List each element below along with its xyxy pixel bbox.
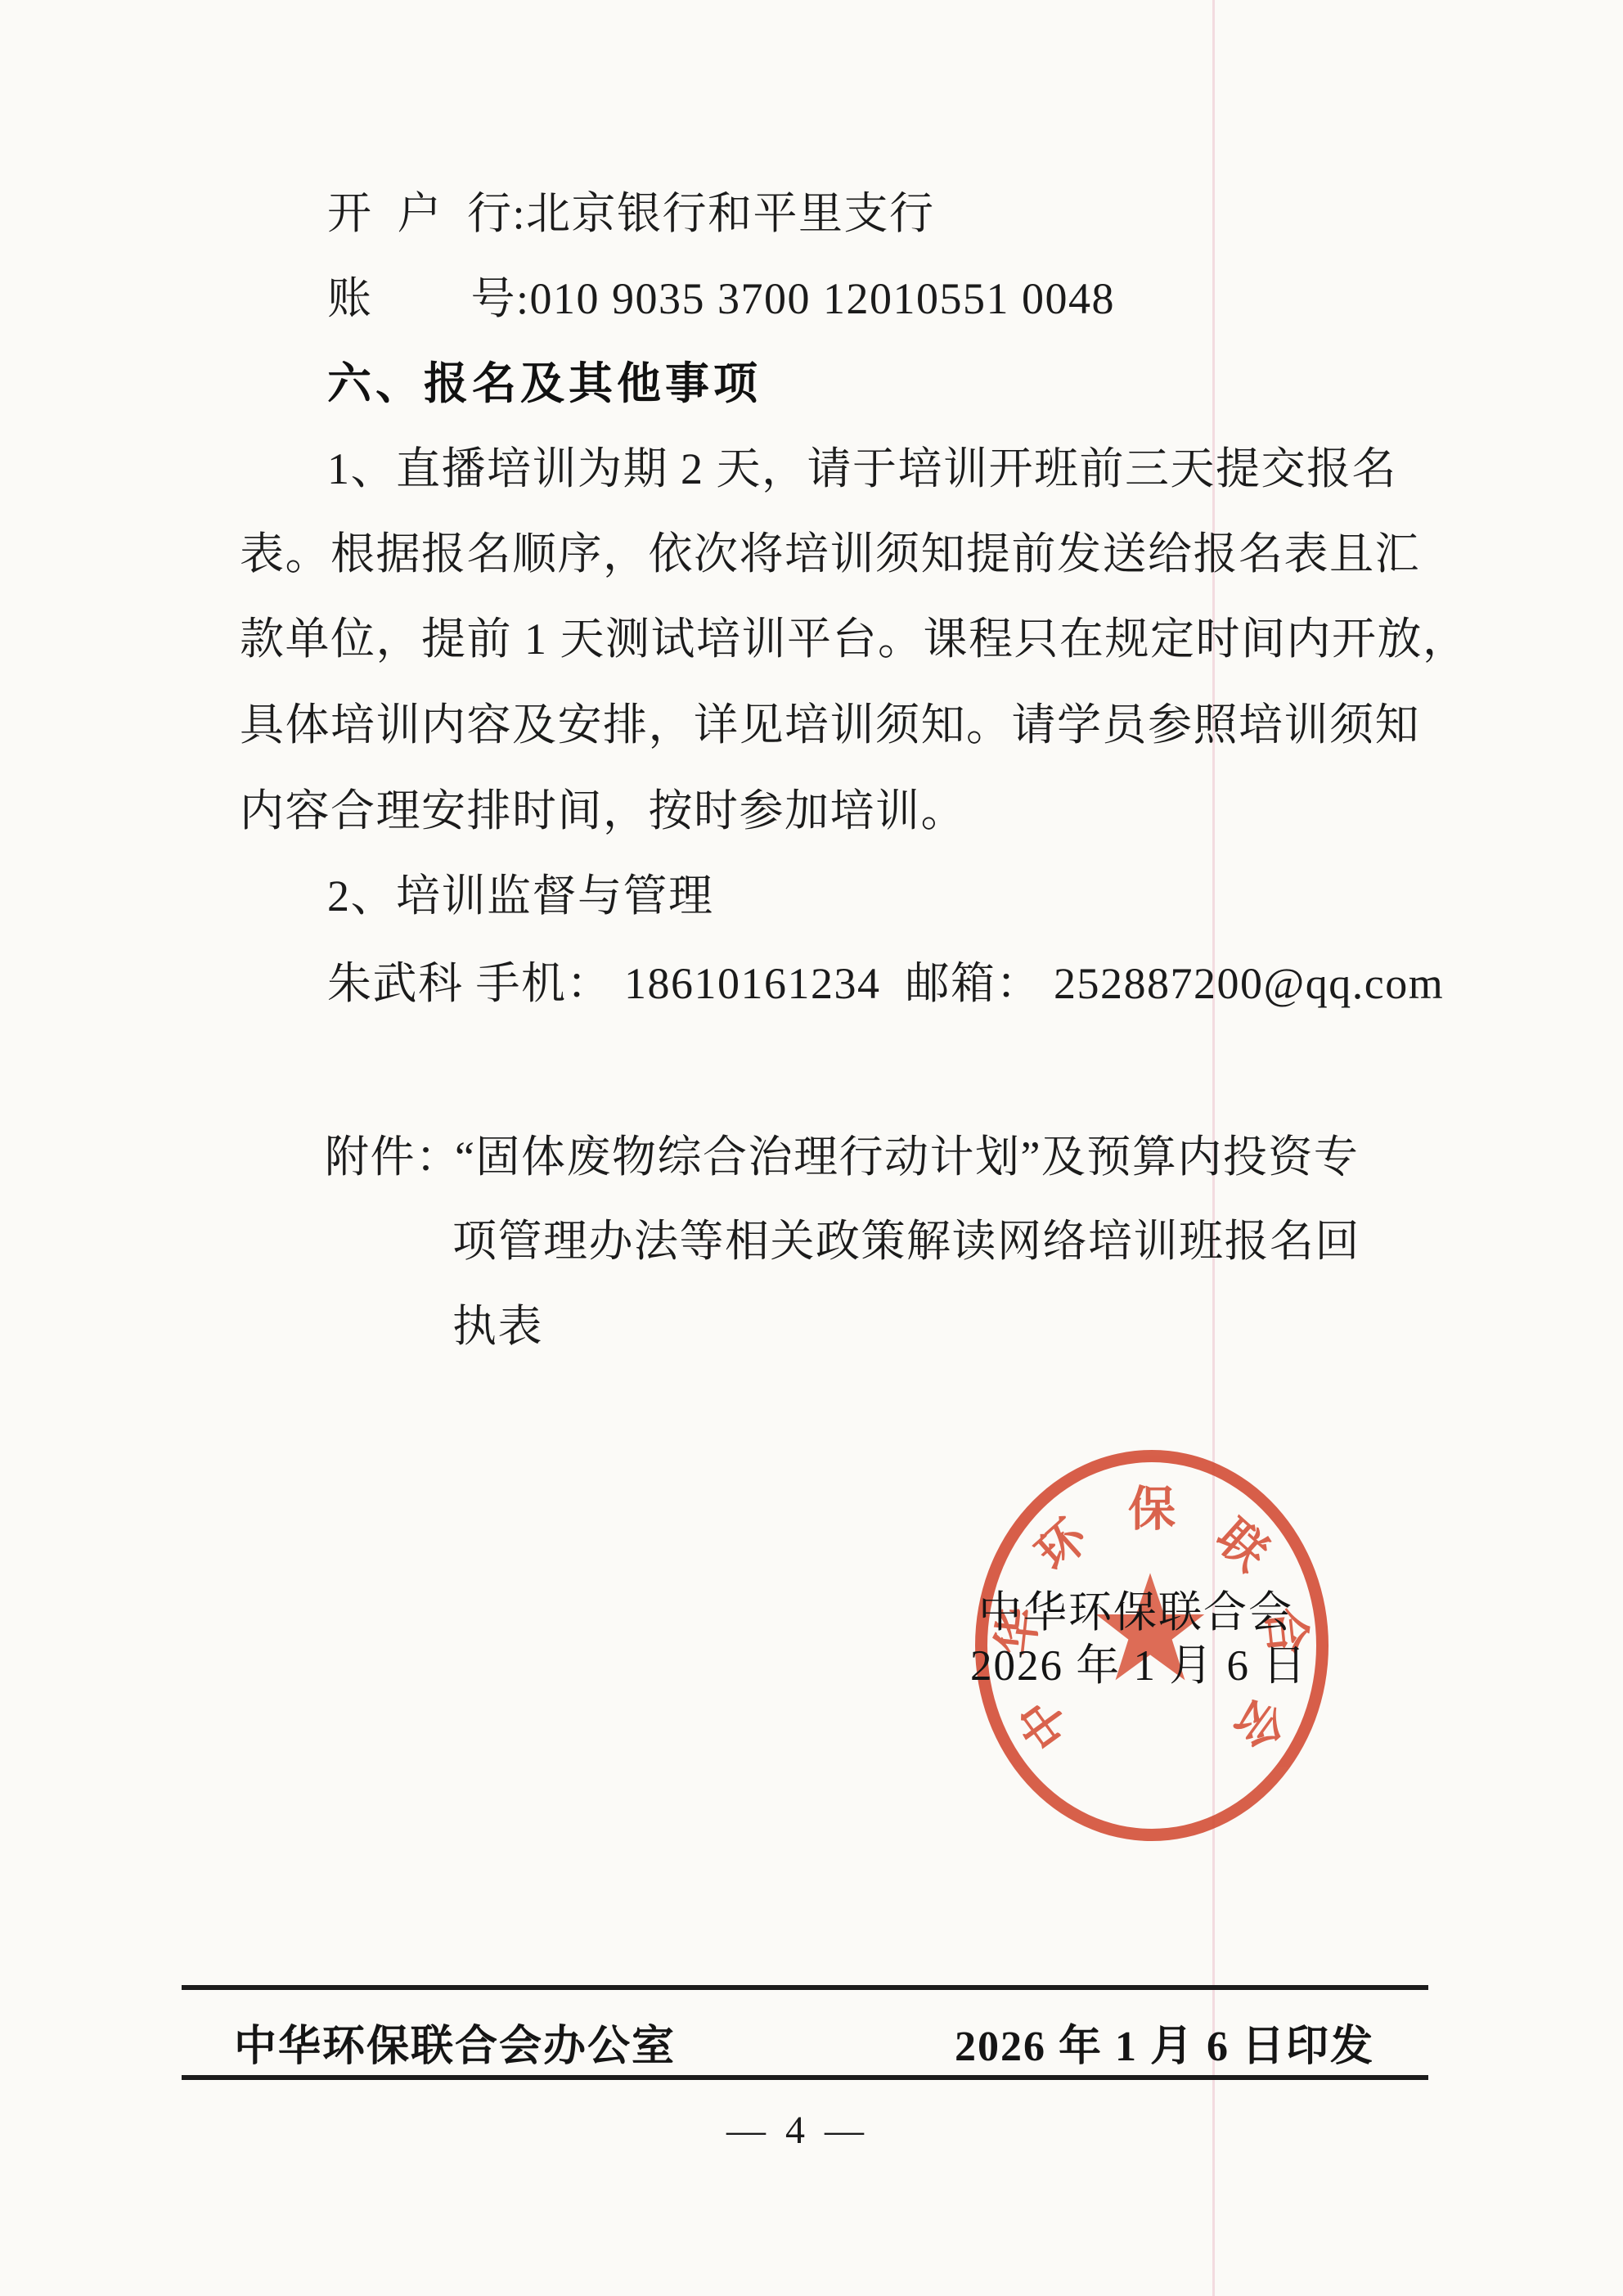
contact-line: 朱武科 手机： 18610161234 邮箱： 252887200@qq.com xyxy=(327,958,1444,1009)
footer-rule-bottom xyxy=(182,2075,1428,2080)
bank-account-bank-line: 开 户 行:北京银行和平里支行 xyxy=(327,188,935,239)
paragraph1-line-3: 款单位，提前 1 天测试培训平台。课程只在规定时间内开放， xyxy=(240,614,1468,664)
page-number: — 4 — xyxy=(0,2108,1595,2153)
seal-arc-char: 保 xyxy=(1128,1470,1176,1539)
seal-arc-char: 联 xyxy=(1204,1501,1285,1583)
attachment-label: 附件： xyxy=(325,1132,461,1182)
signature-date: 2026 年 1 月 6 日 xyxy=(970,1641,1307,1690)
paragraph1-line-1: 1、直播培训为期 2 天，请于培训开班前三天提交报名 xyxy=(327,443,1397,494)
seal-arc-char: 中 xyxy=(999,1687,1082,1766)
attachment-line-3: 执表 xyxy=(452,1301,543,1352)
section-heading: 六、报名及其他事项 xyxy=(327,358,762,409)
paragraph1-line-4: 具体培训内容及安排，详见培训须知。请学员参照培训须知 xyxy=(240,700,1420,750)
paragraph1-line-2: 表。根据报名顺序，依次将培训须知提前发送给报名表且汇 xyxy=(240,529,1420,579)
footer-rule-top xyxy=(182,1985,1428,1990)
footer-office: 中华环保联合会办公室 xyxy=(234,2011,676,2073)
bank-account-number-line: 账 号:010 9035 3700 12010551 0048 xyxy=(327,273,1115,324)
paragraph1-line-5: 内容合理安排时间，按时参加培训。 xyxy=(240,786,966,836)
item2-line: 2、培训监督与管理 xyxy=(327,871,714,921)
seal-arc-char: 会 xyxy=(1221,1687,1305,1766)
footer-issue-date: 2026 年 1 月 6 日印发 xyxy=(955,2011,1374,2073)
seal-arc-char: 环 xyxy=(1018,1501,1099,1583)
document-page: 开 户 行:北京银行和平里支行 账 号:010 9035 3700 120105… xyxy=(0,0,1623,2296)
attachment-line-2: 项管理办法等相关政策解读网络培训班报名回 xyxy=(452,1216,1360,1267)
signature-org: 中华环保联合会 xyxy=(978,1588,1293,1637)
attachment-line-1: “固体废物综合治理行动计划”及预算内投资专 xyxy=(455,1132,1359,1182)
